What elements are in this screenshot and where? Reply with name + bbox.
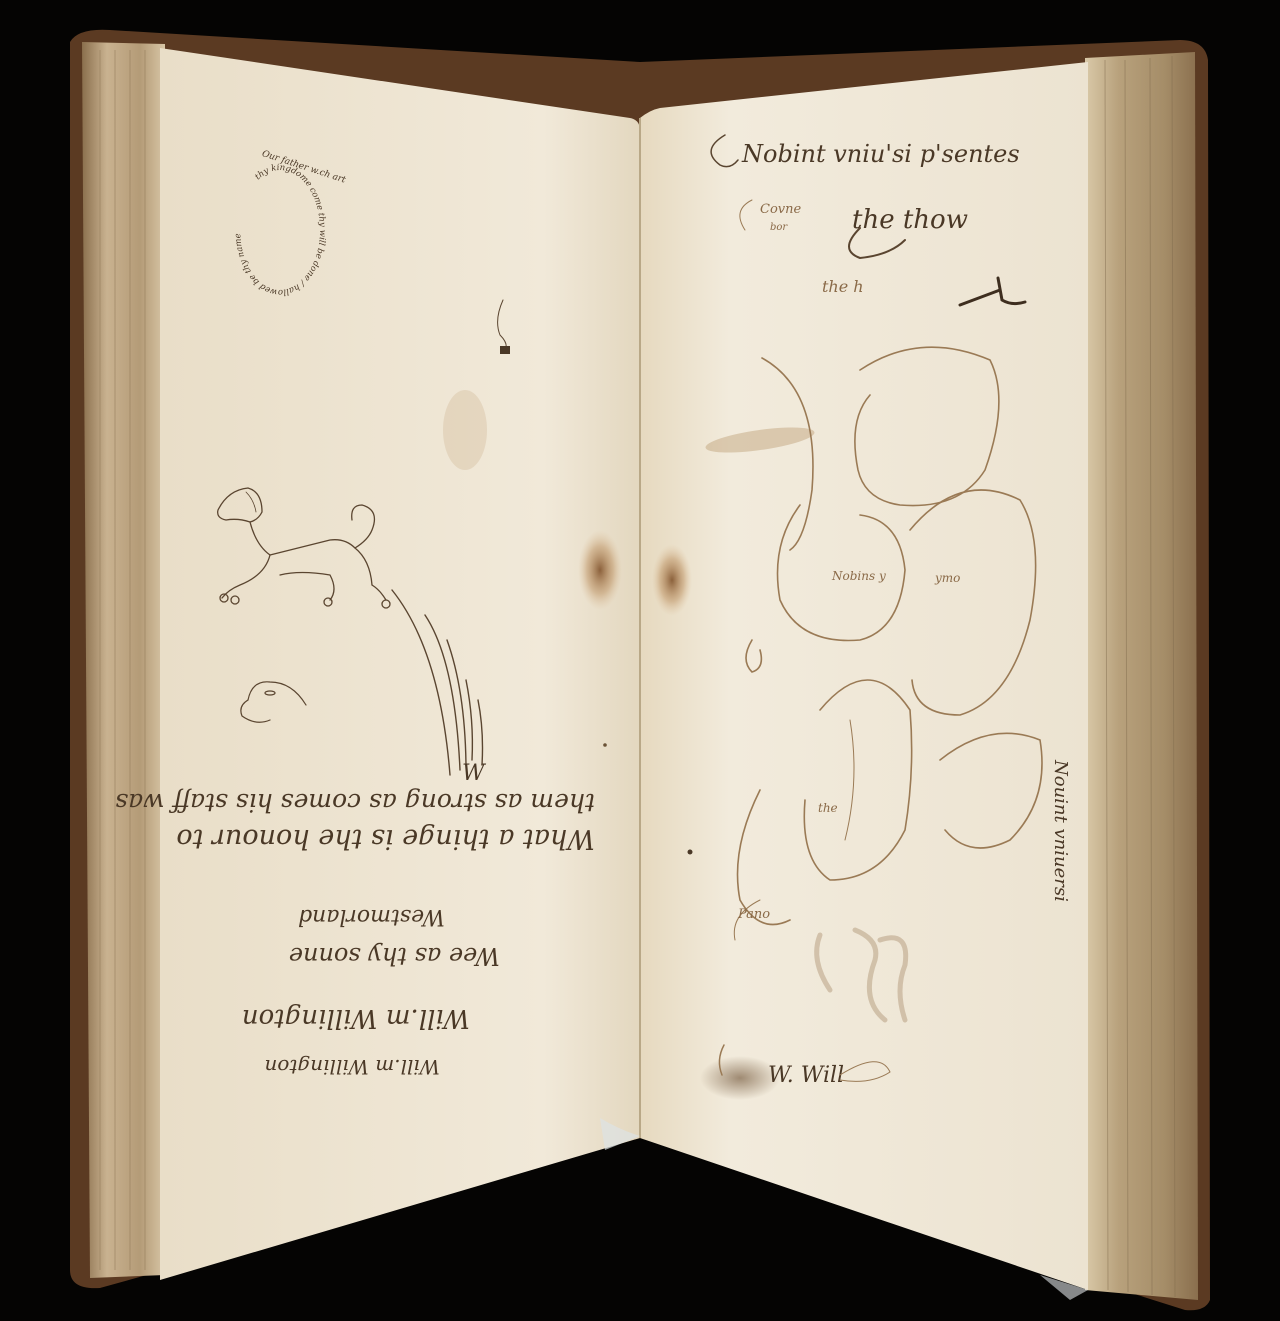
left-page — [160, 48, 640, 1280]
svg-text:Wee as thy sonne: Wee as thy sonne — [289, 942, 500, 970]
svg-text:W. Will: W. Will — [768, 1063, 844, 1088]
svg-text:Covne: Covne — [760, 202, 801, 217]
right-page-block — [1085, 52, 1198, 1300]
svg-text:W: W — [462, 761, 487, 786]
svg-text:ymo: ymo — [934, 571, 960, 585]
manuscript-photo: Our father w.ch art thy kingdome come th… — [0, 0, 1280, 1321]
svg-text:the: the — [818, 801, 838, 815]
stain-right — [652, 544, 692, 616]
vertical-edge-text: Nouint vniuersi — [1050, 759, 1071, 902]
svg-text:the h: the h — [822, 277, 864, 296]
right-page — [640, 62, 1088, 1290]
svg-text:Nobins y: Nobins y — [831, 569, 886, 583]
stain-left — [578, 530, 622, 610]
svg-text:the thow: the thow — [852, 205, 968, 235]
svg-text:Pano: Pano — [737, 907, 770, 922]
svg-text:What a thinge is the honour to: What a thinge is the honour to — [176, 823, 595, 854]
svg-text:them as strong as comes his st: them as strong as comes his staff was — [115, 788, 595, 817]
svg-text:Will.m Willington: Will.m Willington — [264, 1055, 440, 1079]
svg-text:Westmorland: Westmorland — [298, 904, 445, 929]
svg-text:Nobint vniu'si p'sentes: Nobint vniu'si p'sentes — [741, 140, 1020, 168]
left-page-block — [82, 42, 165, 1278]
svg-text:bor: bor — [770, 222, 788, 233]
svg-text:Will.m Willington: Will.m Willington — [242, 1003, 470, 1033]
book-illustration: Our father w.ch art thy kingdome come th… — [0, 0, 1280, 1321]
